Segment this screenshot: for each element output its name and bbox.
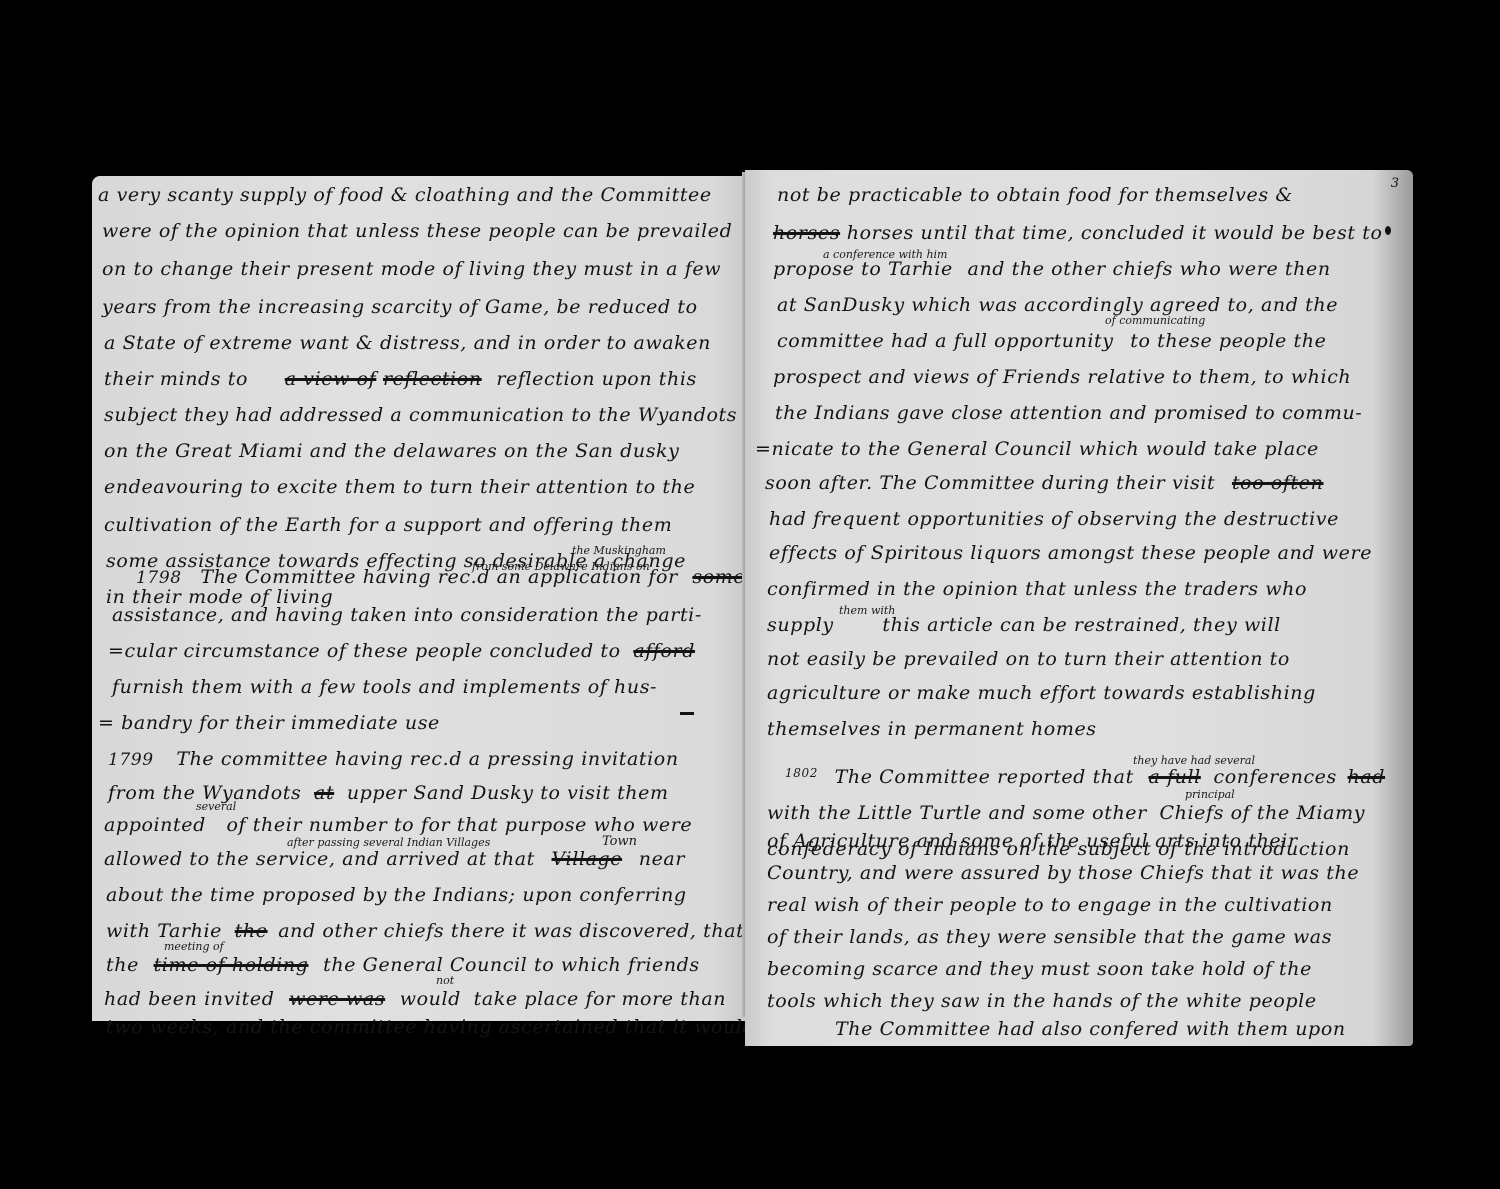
text-line: confirmed in the opinion that unless the… (767, 578, 1307, 600)
interlinear-insertion: meeting of (164, 940, 224, 953)
text-line: on the Great Miami and the delawares on … (104, 440, 680, 462)
struck-word: reflection (383, 368, 482, 390)
text-line: agriculture or make much effort towards … (767, 682, 1316, 704)
text-line: subject they had addressed a communicati… (104, 404, 737, 426)
struck-word: afford (633, 640, 695, 662)
left-page: a very scanty supply of food & cloathing… (92, 176, 747, 1021)
struck-word: too often (1232, 472, 1324, 494)
ink-blot (1385, 226, 1391, 235)
text-line: 1802 The Committee reported that a full … (785, 766, 1385, 788)
text-line: themselves in permanent homes (767, 718, 1097, 740)
text-line: with the Little Turtle and some other Ch… (767, 802, 1365, 824)
text-line: the time of holding the General Council … (106, 954, 700, 976)
text-line: appointed of their number to for that pu… (104, 814, 692, 836)
struck-word: some (692, 566, 745, 588)
year-note: 1798 (136, 568, 182, 588)
text-line: supply this article can be restrained, t… (767, 614, 1281, 636)
text-line: assistance, and having taken into consid… (112, 604, 702, 626)
text-line: soon after. The Committee during their v… (765, 472, 1323, 494)
text-line: not be practicable to obtain food for th… (777, 184, 1293, 206)
text-line: prospect and views of Friends relative t… (773, 366, 1351, 388)
interlinear-insertion: Town (602, 834, 637, 849)
struck-word: a view of (285, 368, 377, 390)
year-note: 1799 (108, 750, 154, 770)
text-line: effects of Spiritous liquors amongst the… (769, 542, 1372, 564)
ink-dash (680, 712, 694, 715)
line-start: their minds to (104, 368, 248, 390)
text-line: real wish of their people to to engage i… (767, 894, 1333, 916)
text-line: on to change their present mode of livin… (102, 258, 721, 280)
text-line: at SanDusky which was accordingly agreed… (777, 294, 1338, 316)
interlinear-insertion: several (196, 800, 236, 813)
struck-word: time of holding (154, 954, 309, 976)
text-line: =nicate to the General Council which wou… (755, 438, 1319, 460)
text-line: furnish them with a few tools and implem… (112, 676, 657, 698)
text-line: years from the increasing scarcity of Ga… (102, 296, 698, 318)
text-line: their minds to a view of reflection refl… (104, 368, 697, 390)
text-line: of Agriculture and some of the useful ar… (767, 830, 1298, 852)
text-line: were of the opinion that unless these pe… (102, 220, 732, 242)
struck-word: at (314, 782, 334, 804)
struck-word: a full (1148, 766, 1200, 788)
text-line: =cular circumstance of these people conc… (108, 640, 695, 662)
text-line: endeavouring to excite them to turn thei… (104, 476, 695, 498)
text-line: with Tarhie the and other chiefs there i… (106, 920, 744, 942)
struck-word: had (1348, 766, 1386, 788)
struck-word: Village (552, 848, 623, 870)
text-line: committee had a full opportunity to thes… (777, 330, 1326, 352)
line-end: reflection upon this (496, 368, 697, 390)
text-line: had frequent opportunities of observing … (769, 508, 1339, 530)
page-number: 3 (1391, 176, 1399, 191)
text-line: a very scanty supply of food & cloathing… (98, 184, 712, 206)
text-line: allowed to the service, and arrived at t… (104, 848, 685, 870)
text-line: 1799 The committee having rec.d a pressi… (108, 748, 679, 770)
interlinear-insertion: not (436, 974, 454, 987)
text-line: not easily be prevailed on to turn their… (767, 648, 1290, 670)
text-line: cultivation of the Earth for a support a… (104, 514, 672, 536)
text-line: a State of extreme want & distress, and … (104, 332, 711, 354)
right-page: 3 not be practicable to obtain food for … (745, 170, 1413, 1046)
text-line: = bandry for their immediate use (98, 712, 440, 734)
text-line: the Indians gave close attention and pro… (775, 402, 1362, 424)
struck-word: the (235, 920, 268, 942)
text-line: 1798 The Committee having rec.d an appli… (136, 566, 745, 588)
text-line: of their lands, as they were sensible th… (767, 926, 1332, 948)
year-note: 1802 (785, 766, 818, 780)
interlinear-insertion: the Muskingham (572, 544, 666, 557)
text-line: Country, and were assured by those Chief… (767, 862, 1359, 884)
interlinear-insertion: principal (1185, 788, 1235, 801)
text-line: had been invited were was would take pla… (104, 988, 726, 1010)
interlinear-insertion: of communicating (1105, 314, 1205, 327)
text-line: The Committee had also confered with the… (835, 1018, 1346, 1040)
text-line: propose to Tarhie and the other chiefs w… (773, 258, 1331, 280)
text-line: becoming scarce and they must soon take … (767, 958, 1312, 980)
struck-word: horses (773, 222, 840, 244)
text-line: horses horses until that time, concluded… (773, 222, 1383, 244)
scanned-manuscript-spread: a very scanty supply of food & cloathing… (0, 0, 1500, 1189)
text-line: tools which they saw in the hands of the… (767, 990, 1317, 1012)
text-line: from the Wyandots at upper Sand Dusky to… (108, 782, 669, 804)
text-line: two weeks, and the committee having asce… (106, 1016, 755, 1038)
text-line: about the time proposed by the Indians; … (106, 884, 687, 906)
struck-word: were was (289, 988, 385, 1010)
